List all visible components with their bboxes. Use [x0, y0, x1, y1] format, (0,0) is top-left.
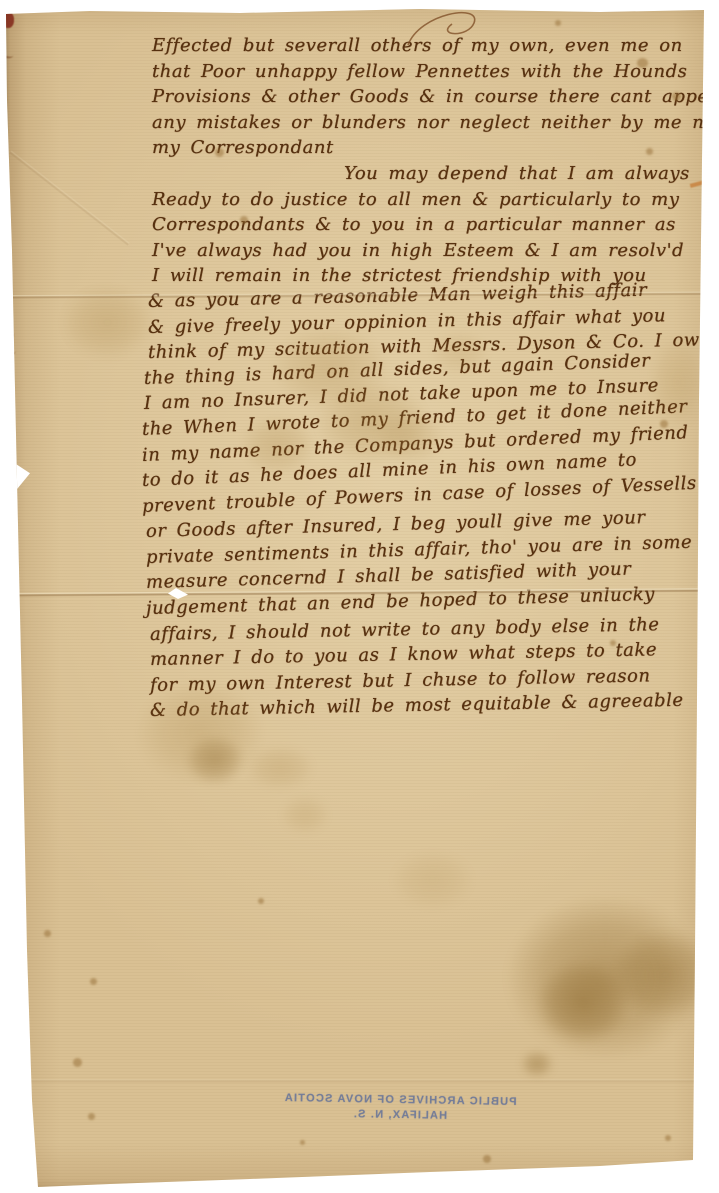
ink-bleed-mark: [0, 698, 15, 712]
ink-bleed-mark: [0, 46, 15, 60]
handwritten-line: Correspondants & to you in a particular …: [152, 212, 712, 238]
ink-spot: [73, 1058, 82, 1067]
stain: [240, 415, 315, 475]
paper-tear: [21, 1120, 31, 1137]
ink-spot: [88, 1113, 95, 1120]
red-ink-mark: [2, 12, 14, 28]
archive-stamp: PUBLIC ARCHIVES OF NOVA SCOTIA HALIFAX, …: [280, 1092, 520, 1123]
ink-spot: [44, 930, 51, 937]
stamp-line: PUBLIC ARCHIVES OF NOVA SCOTIA: [280, 1092, 520, 1108]
letter-body: Effected but severall others of my own, …: [152, 33, 712, 724]
ink-bleed-mark: [0, 1038, 15, 1052]
stain: [390, 850, 475, 910]
ink-bleed-mark: [0, 328, 15, 341]
ink-spot: [646, 148, 653, 155]
handwritten-line: Ready to do justice to all men & particu…: [152, 187, 712, 213]
ink-spot: [665, 1135, 671, 1141]
handwritten-line: I've always had you in high Esteem & I a…: [152, 238, 712, 264]
stain: [650, 335, 705, 430]
ink-bleed-mark: [0, 904, 15, 916]
fold-crease: [6, 1079, 706, 1084]
ink-spot: [610, 640, 616, 646]
stain: [245, 745, 315, 790]
ink-bleed-mark: [3, 756, 19, 769]
stain: [375, 410, 445, 465]
handwritten-line: any mistakes or blunders nor neglect nei…: [152, 110, 712, 136]
ink-spot: [90, 978, 97, 985]
ink-spot: [637, 58, 648, 68]
handwritten-line: that Poor unhappy fellow Pennettes with …: [152, 59, 712, 85]
paper-tear: [12, 458, 30, 492]
fold-crease: [8, 151, 129, 247]
handwritten-line: Provisions & other Goods & in course the…: [152, 84, 712, 110]
stain: [280, 795, 330, 835]
scanned-letter-page: Effected but severall others of my own, …: [0, 0, 719, 1193]
ink-spot: [240, 216, 248, 224]
ink-spot: [300, 1140, 305, 1145]
handwritten-line: You may depend that I am always: [152, 161, 712, 187]
ink-spot: [258, 898, 264, 904]
ink-spot: [483, 1155, 491, 1163]
handwritten-line: my Correspondant: [152, 135, 712, 161]
stain: [520, 1050, 554, 1078]
ink-bleed-mark: [1, 344, 17, 356]
pen-flourish: [400, 5, 510, 50]
letter-paper: Effected but severall others of my own, …: [0, 0, 719, 1193]
ink-spot: [555, 20, 561, 26]
ink-spot: [215, 148, 224, 157]
stain: [185, 735, 245, 785]
stain: [610, 930, 719, 1020]
stamp-line: HALIFAX, N. S.: [280, 1107, 520, 1123]
ink-spot: [660, 420, 668, 428]
ink-spot: [672, 92, 681, 101]
stain: [430, 330, 490, 375]
paper-tear: [0, 584, 16, 604]
ink-bleed-mark: [1, 950, 18, 965]
